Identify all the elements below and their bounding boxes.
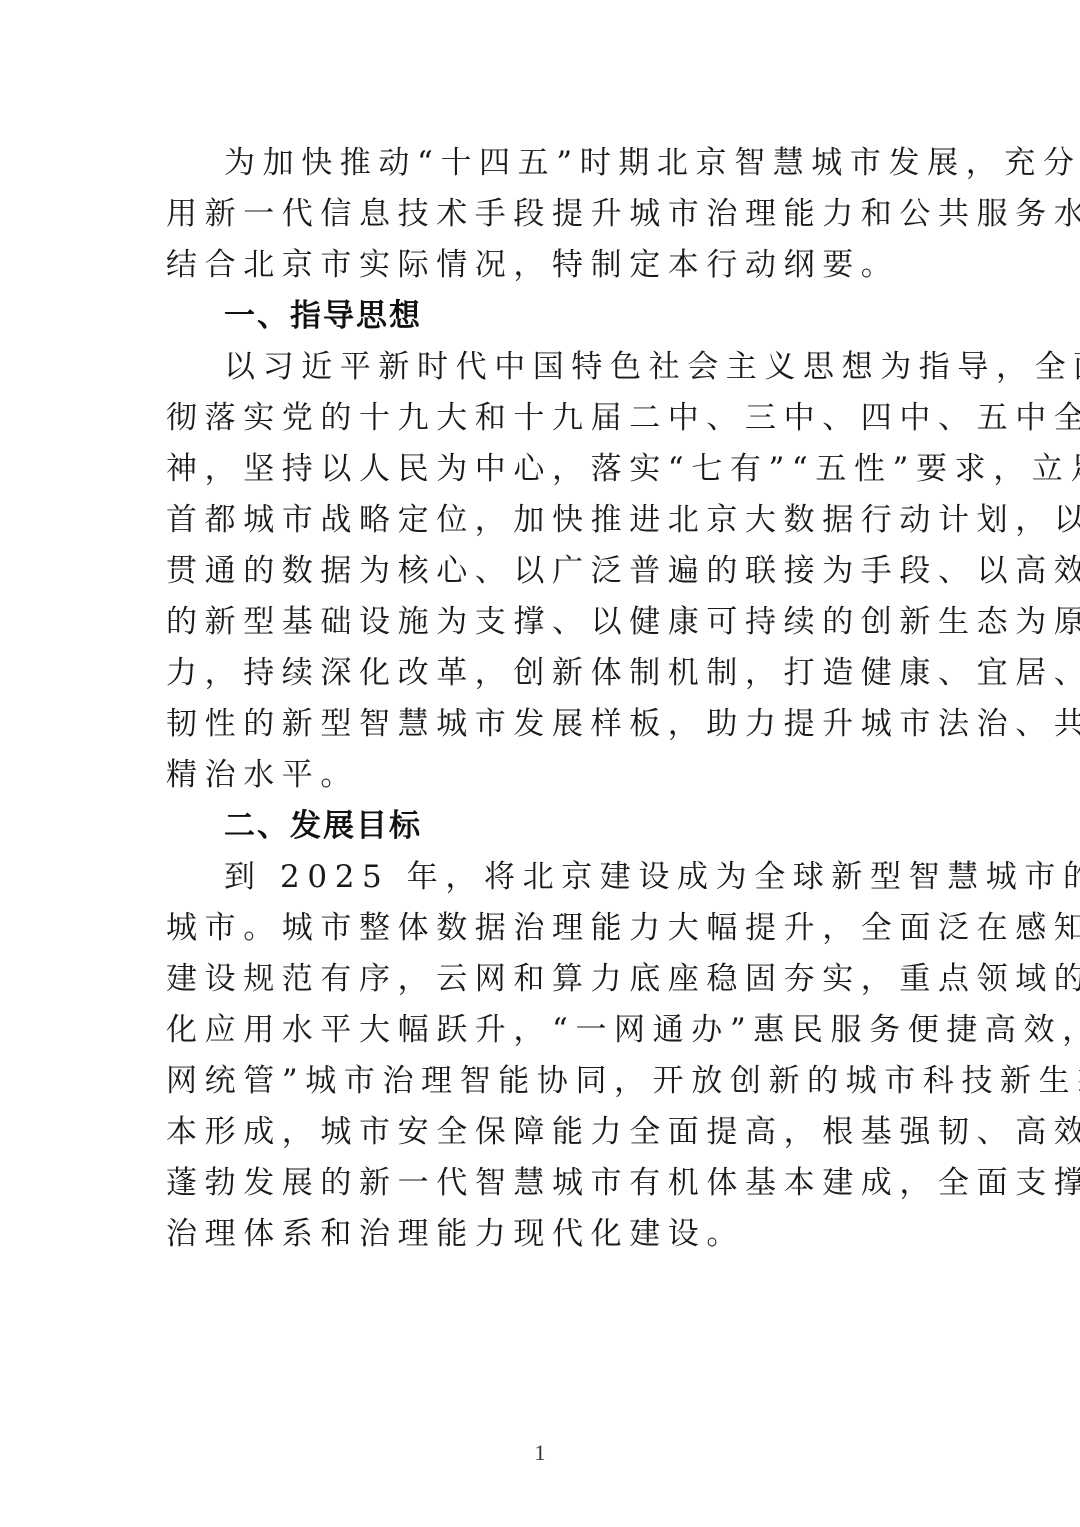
paragraph-line: 贯通的数据为核心、以广泛普遍的联接为手段、以高效安全 [166,546,916,597]
paragraph-line: 蓬勃发展的新一代智慧城市有机体基本建成，全面支撑首都 [166,1158,916,1209]
paragraph-line: 化应用水平大幅跃升，“一网通办”惠民服务便捷高效，“一 [166,1005,916,1056]
paragraph-line: 治理体系和治理能力现代化建设。 [166,1209,916,1260]
paragraph-line: 结合北京市实际情况，特制定本行动纲要。 [166,240,916,291]
paragraph-line: 建设规范有序，云网和算力底座稳固夯实，重点领域的智慧 [166,954,916,1005]
paragraph-line: 的新型基础设施为支撑、以健康可持续的创新生态为原生动 [166,597,916,648]
guiding-ideology-paragraph: 以习近平新时代中国特色社会主义思想为指导，全面贯 彻落实党的十九大和十九届二中、… [166,342,916,801]
development-goals-paragraph: 到 2025 年，将北京建设成为全球新型智慧城市的标杆 城市。城市整体数据治理能… [166,852,916,1260]
paragraph-line: 到 2025 年，将北京建设成为全球新型智慧城市的标杆 [166,852,916,903]
paragraph-line: 神，坚持以人民为中心，落实“七有”“五性”要求，立足 [166,444,916,495]
document-page: 为加快推动“十四五”时期北京智慧城市发展，充分利 用新一代信息技术手段提升城市治… [0,0,1080,1527]
section-heading-development-goals: 二、发展目标 [166,801,916,852]
paragraph-line: 彻落实党的十九大和十九届二中、三中、四中、五中全会精 [166,393,916,444]
document-body: 为加快推动“十四五”时期北京智慧城市发展，充分利 用新一代信息技术手段提升城市治… [166,138,916,1260]
paragraph-line: 本形成，城市安全保障能力全面提高，根基强韧、高效协同、 [166,1107,916,1158]
paragraph-line: 城市。城市整体数据治理能力大幅提升，全面泛在感知体系 [166,903,916,954]
paragraph-line: 精治水平。 [166,750,916,801]
paragraph-line: 韧性的新型智慧城市发展样板，助力提升城市法治、共治、 [166,699,916,750]
paragraph-line: 为加快推动“十四五”时期北京智慧城市发展，充分利 [166,138,916,189]
paragraph-line: 力，持续深化改革，创新体制机制，打造健康、宜居、安全、 [166,648,916,699]
paragraph-line: 用新一代信息技术手段提升城市治理能力和公共服务水平， [166,189,916,240]
paragraph-line: 首都城市战略定位，加快推进北京大数据行动计划，以融合 [166,495,916,546]
intro-paragraph: 为加快推动“十四五”时期北京智慧城市发展，充分利 用新一代信息技术手段提升城市治… [166,138,916,291]
paragraph-line: 网统管”城市治理智能协同，开放创新的城市科技新生态基 [166,1056,916,1107]
section-heading-guiding-ideology: 一、指导思想 [166,291,916,342]
page-number: 1 [0,1440,1080,1466]
paragraph-line: 以习近平新时代中国特色社会主义思想为指导，全面贯 [166,342,916,393]
